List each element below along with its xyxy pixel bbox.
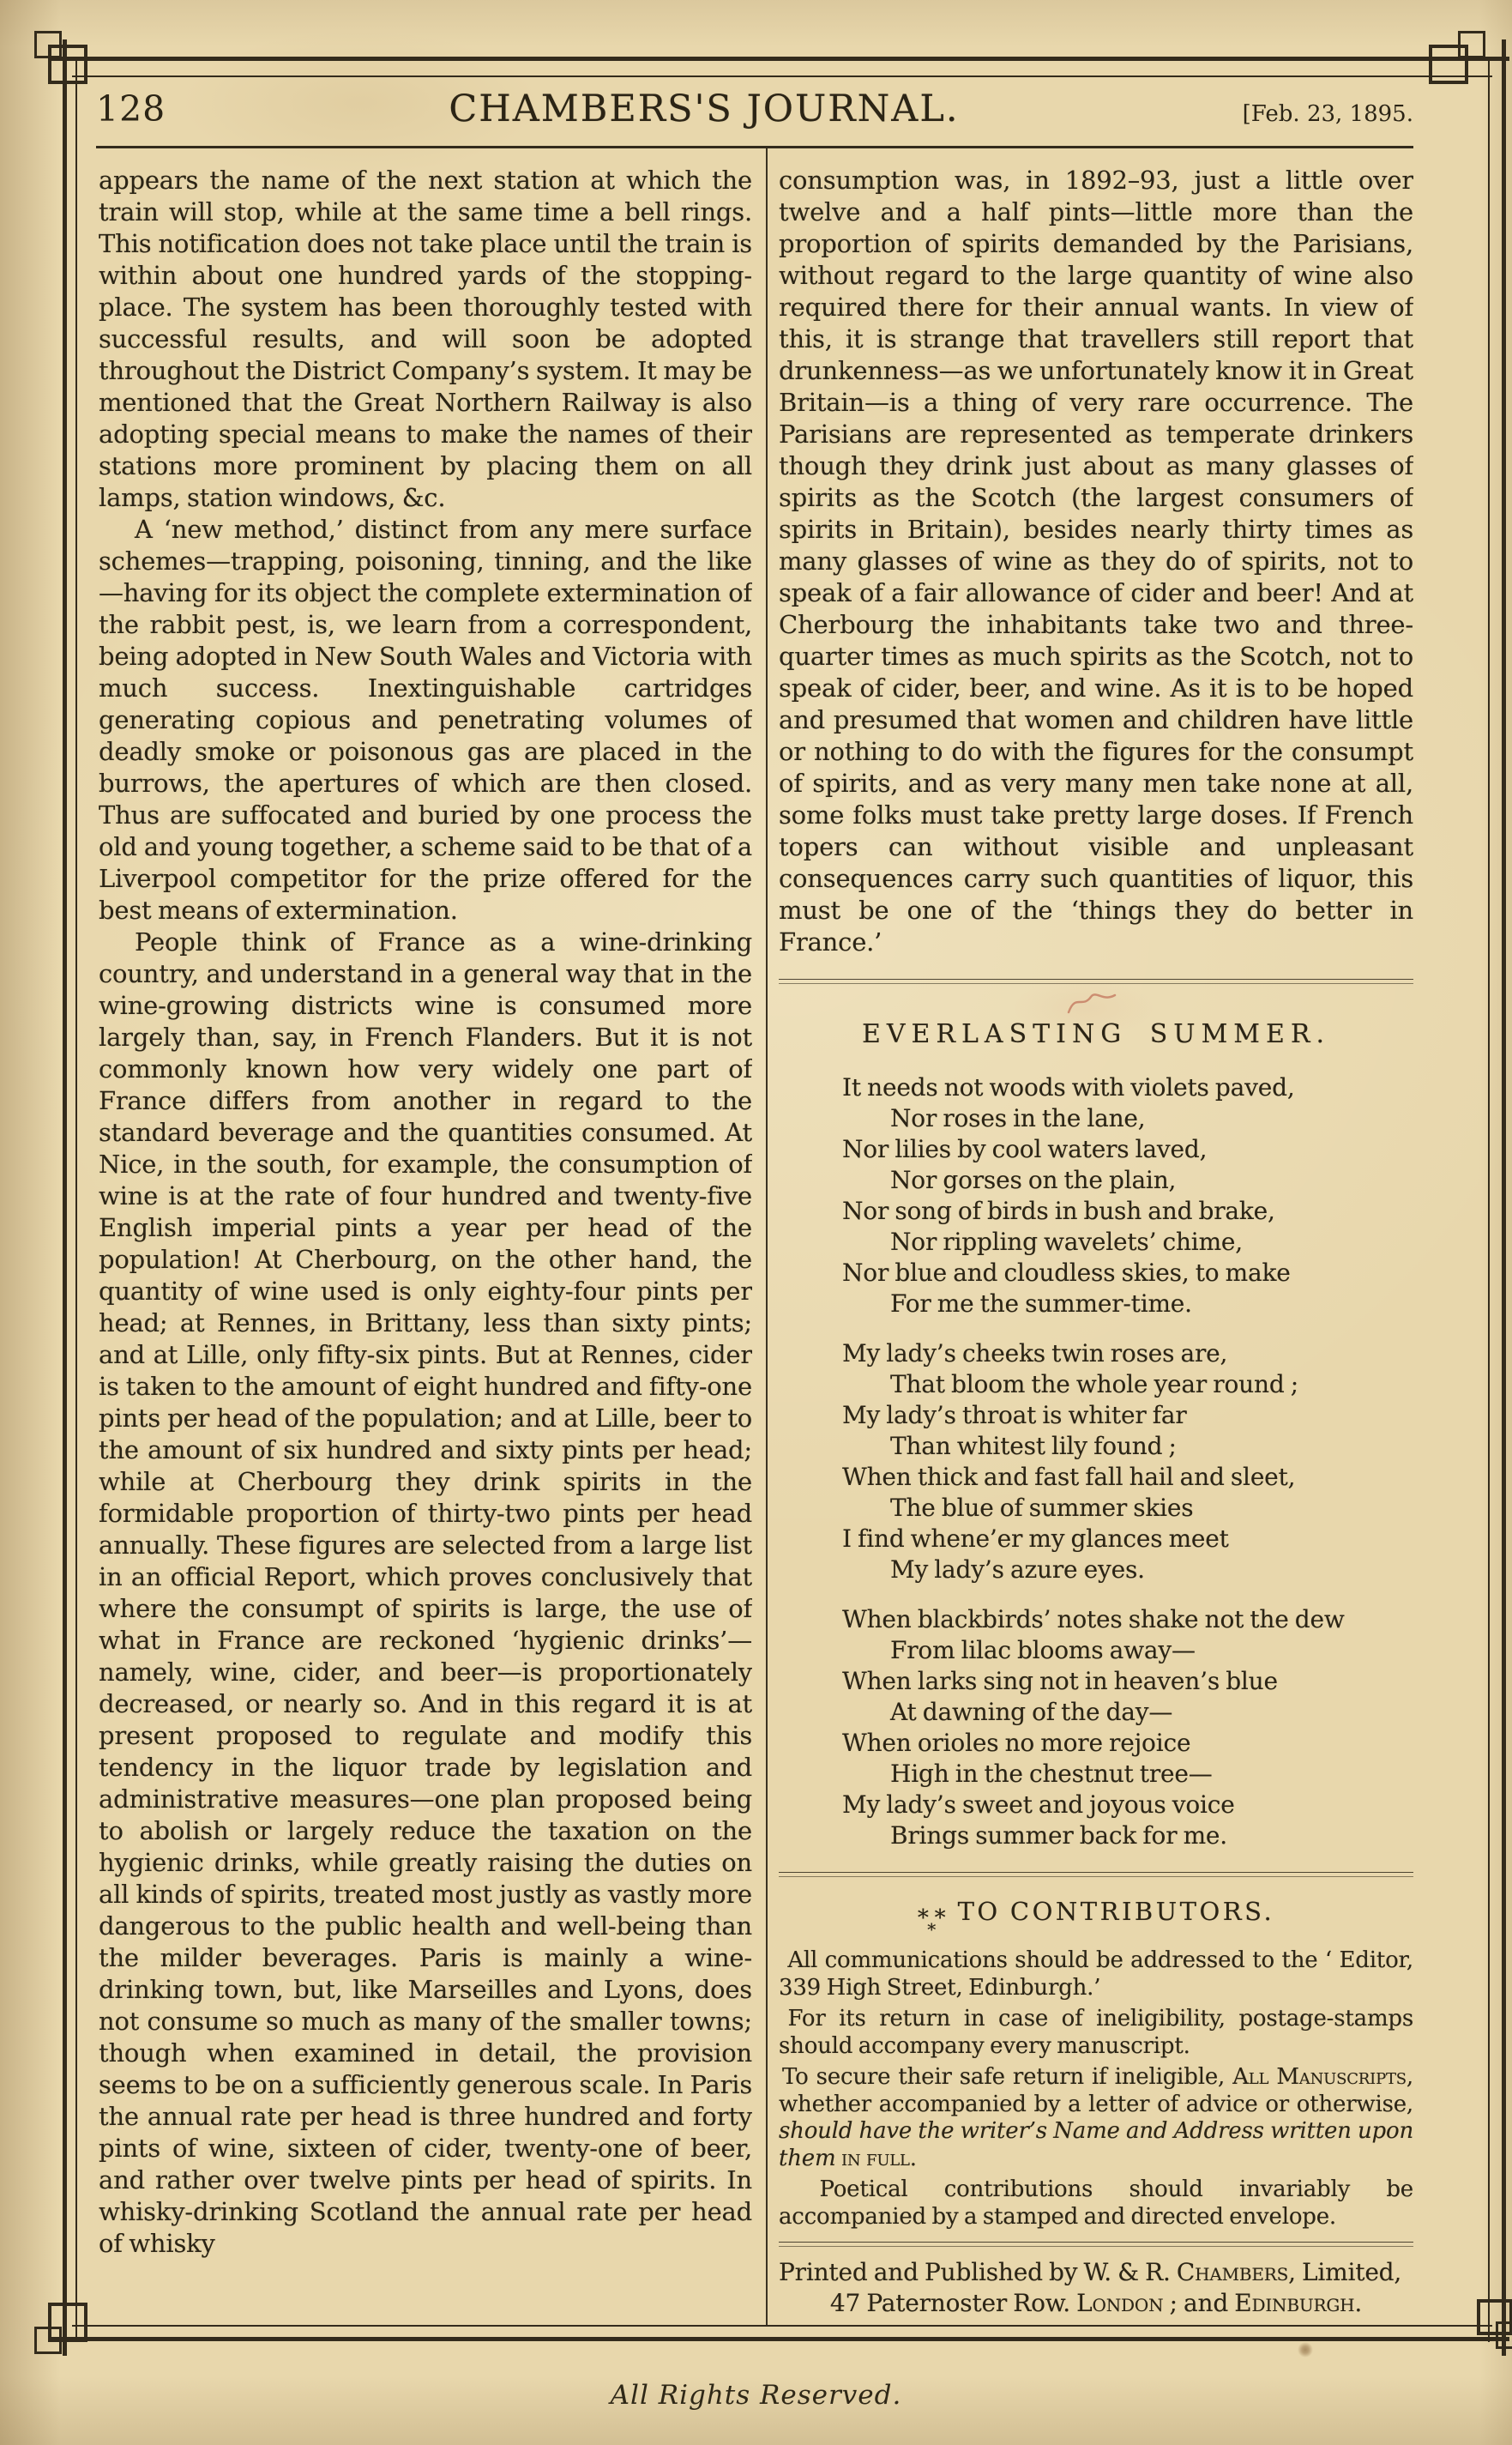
imprint-line: Printed and Published by W. & R. Chamber…: [779, 2257, 1413, 2288]
poem-line: Nor rippling wavelets’ chime,: [842, 1227, 1413, 1258]
poem-line: The blue of summer skies: [842, 1493, 1413, 1524]
border-rule-right-outer: [1502, 39, 1506, 2356]
poem-line: From lilac blooms away—: [842, 1635, 1413, 1666]
poem-line: For me the summer-time.: [842, 1289, 1413, 1319]
poem-line: My lady’s throat is whiter far: [842, 1400, 1413, 1431]
red-pen-mark: [1063, 987, 1123, 1021]
border-rule-right-inner: [1488, 58, 1490, 2342]
poem-line: When blackbirds’ notes shake not the dew: [842, 1604, 1413, 1635]
poem-stanza: When blackbirds’ notes shake not the dew…: [842, 1604, 1413, 1851]
section-rule: [779, 2242, 1413, 2247]
border-rule-bottom-outer: [50, 2337, 1509, 2341]
asterism-ornament-icon: * * *: [918, 1913, 946, 1935]
poem-line: Nor song of birds in bush and brake,: [842, 1196, 1413, 1227]
border-rule-left-inner: [75, 58, 77, 2342]
left-column: appears the name of the next station at …: [99, 165, 752, 2327]
poem-line: I find whene’er my glances meet: [842, 1524, 1413, 1555]
paragraph: appears the name of the next station at …: [99, 165, 752, 514]
page-header: 128 CHAMBERS'S JOURNAL. [Feb. 23, 1895.: [96, 88, 1413, 141]
contributors-heading: * * * TO CONTRIBUTORS.: [779, 1896, 1413, 1935]
paragraph: People think of France as a wine-drinkin…: [99, 927, 752, 2260]
section-rule: [779, 979, 1413, 984]
poem-line: Nor blue and cloudless skies, to make: [842, 1258, 1413, 1289]
poem: It needs not woods with violets paved, N…: [779, 1072, 1413, 1851]
poem-line: Nor roses in the lane,: [842, 1103, 1413, 1134]
border-rule-top-inner: [72, 75, 1492, 77]
imprint: Printed and Published by W. & R. Chamber…: [779, 2257, 1413, 2319]
corner-ornament-icon: [1458, 31, 1485, 58]
header-rule: [96, 146, 1413, 148]
contributor-item: 4th. Poetical contributions should invar…: [779, 2176, 1413, 2231]
item-text: whether accompanied by a letter of advic…: [779, 2092, 1413, 2117]
paragraph: consumption was, in 1892–93, just a litt…: [779, 165, 1413, 958]
poem-line: My lady’s cheeks twin roses are,: [842, 1338, 1413, 1369]
poem-line: When thick and fast fall hail and sleet,: [842, 1462, 1413, 1493]
section-rule: [779, 1872, 1413, 1877]
poem-line: When orioles no more rejoice: [842, 1728, 1413, 1759]
poem-title: EVERLASTING SUMMER.: [779, 1018, 1413, 1050]
item-text: All communications should be addressed t…: [779, 1947, 1413, 2001]
item-marker: 1st.: [779, 1947, 780, 1973]
poem-line: My lady’s sweet and joyous voice: [842, 1790, 1413, 1820]
poem-stanza: My lady’s cheeks twin roses are, That bl…: [842, 1338, 1413, 1585]
contributor-item: 3d. To secure their safe return if ineli…: [779, 2064, 1413, 2172]
item-text-smallcaps: in full.: [841, 2146, 917, 2171]
poem-stanza: It needs not woods with violets paved, N…: [842, 1072, 1413, 1319]
right-column: consumption was, in 1892–93, just a litt…: [779, 165, 1413, 2330]
item-text: Poetical contributions should invariably…: [779, 2176, 1413, 2230]
corner-ornament-icon: [34, 2327, 62, 2354]
poem-line: When larks sing not in heaven’s blue: [842, 1666, 1413, 1697]
border-rule-left-outer: [63, 39, 67, 2356]
contributors-heading-text: TO CONTRIBUTORS.: [958, 1897, 1275, 1926]
poem-line: That bloom the whole year round ;: [842, 1369, 1413, 1400]
poem-line: My lady’s azure eyes.: [842, 1555, 1413, 1585]
item-text: For its return in case of ineligibility,…: [779, 2006, 1413, 2059]
poem-line: High in the chestnut tree—: [842, 1759, 1413, 1790]
journal-title: CHAMBERS'S JOURNAL.: [166, 88, 1242, 130]
border-rule-top-outer: [50, 57, 1509, 61]
imprint-line: 47 Paternoster Row. London ; and Edinbur…: [779, 2288, 1413, 2319]
poem-line: It needs not woods with violets paved,: [842, 1072, 1413, 1103]
contributors-list: 1st. All communications should be addres…: [779, 1947, 1413, 2231]
item-text-smallcaps: All Manuscripts,: [1232, 2064, 1413, 2090]
page-number: 128: [96, 88, 166, 130]
corner-ornament-icon: [1496, 2321, 1512, 2349]
paragraph: A ‘new method,’ distinct from any mere s…: [99, 514, 752, 927]
poem-line: Nor lilies by cool waters laved,: [842, 1134, 1413, 1165]
contributor-item: 2d. For its return in case of ineligibil…: [779, 2006, 1413, 2060]
journal-page: 128 CHAMBERS'S JOURNAL. [Feb. 23, 1895. …: [0, 0, 1512, 2445]
poem-line: Than whitest lily found ;: [842, 1431, 1413, 1462]
rights-notice: All Rights Reserved.: [0, 2380, 1512, 2411]
item-text: To secure their safe return if ineligibl…: [782, 2064, 1232, 2090]
corner-ornament-icon: [34, 31, 62, 58]
column-divider-rule: [766, 148, 768, 2325]
poem-line: Brings summer back for me.: [842, 1820, 1413, 1851]
item-marker: 4th.: [779, 2176, 783, 2202]
poem-line: Nor gorses on the plain,: [842, 1165, 1413, 1196]
contributor-item: 1st. All communications should be addres…: [779, 1947, 1413, 2001]
poem-line: At dawning of the day—: [842, 1697, 1413, 1728]
issue-date: [Feb. 23, 1895.: [1243, 101, 1413, 127]
